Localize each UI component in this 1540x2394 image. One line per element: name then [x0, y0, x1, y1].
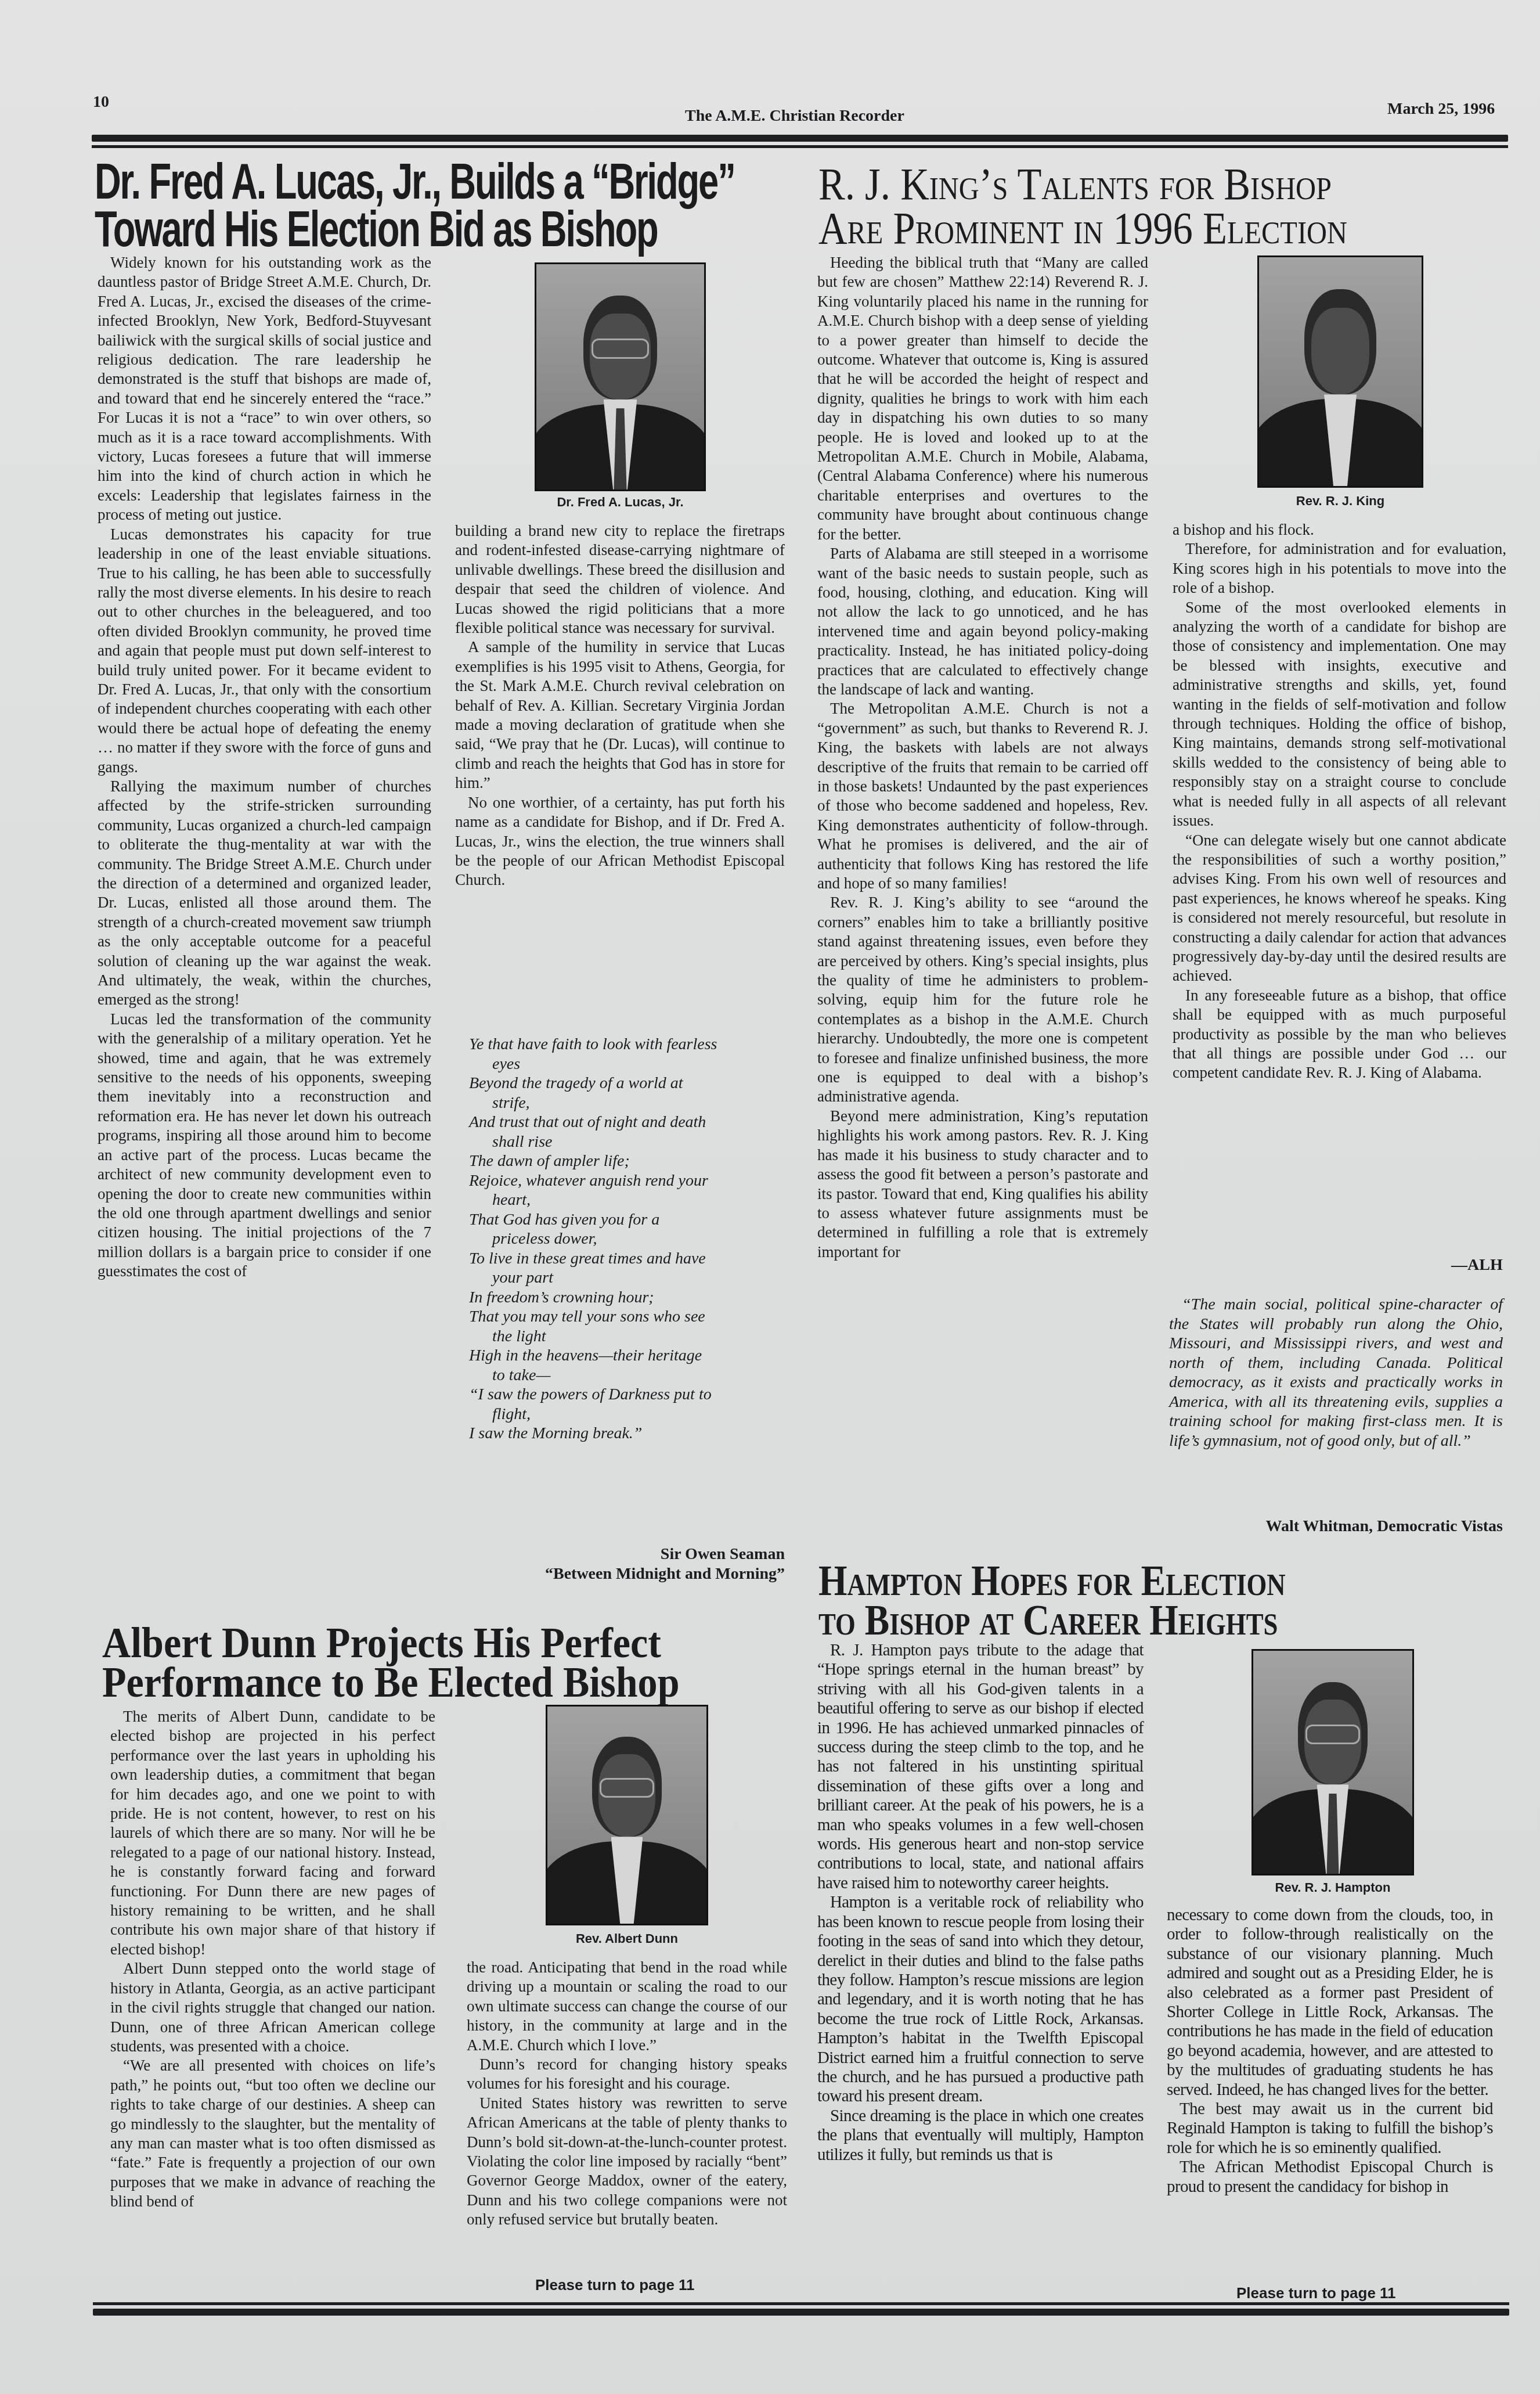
- paragraph: No one worthier, of a certainty, has put…: [455, 793, 785, 890]
- paragraph: In any foreseeable future as a bishop, t…: [1173, 986, 1506, 1083]
- paragraph: Beyond mere administration, King’s reput…: [817, 1107, 1148, 1262]
- poem-line: Rejoice, whatever anguish rend your: [469, 1171, 782, 1191]
- paragraph: Rallying the maximum number of churches …: [98, 777, 431, 1010]
- author-signoff: —ALH: [1451, 1256, 1503, 1275]
- paragraph: building a brand new city to replace the…: [455, 521, 785, 638]
- paragraph: “We are all presented with choices on li…: [110, 2056, 435, 2211]
- lucas-column-2: building a brand new city to replace the…: [455, 521, 785, 890]
- continued-link-dunn[interactable]: Please turn to page 11: [535, 2276, 695, 2294]
- paragraph: Therefore, for administration and for ev…: [1173, 539, 1506, 597]
- poem-line: High in the heavens—their heritage: [469, 1346, 782, 1366]
- dunn-column-1: The merits of Albert Dunn, candidate to …: [110, 1707, 435, 2212]
- photo-caption-lucas: Dr. Fred A. Lucas, Jr.: [535, 495, 706, 510]
- headline-dunn-line2: Performance to Be Elected Bishop: [102, 1661, 680, 1705]
- headline-lucas-line2: Toward His Election Bid as Bishop: [95, 204, 658, 253]
- poem-line: That God has given you for a: [469, 1210, 782, 1230]
- dunn-column-2: the road. Anticipating that bend in the …: [467, 1958, 787, 2230]
- poem-line-continuation: your part: [469, 1268, 782, 1288]
- rule-thick: [92, 135, 1508, 142]
- paragraph: United States history was rewritten to s…: [467, 2094, 787, 2230]
- poem-line-continuation: shall rise: [469, 1132, 782, 1152]
- photo-caption-hampton: Rev. R. J. Hampton: [1252, 1880, 1414, 1895]
- photo-rj-king: [1257, 255, 1423, 488]
- paragraph: R. J. Hampton pays tribute to the adage …: [817, 1641, 1144, 1893]
- poem-line-continuation: heart,: [469, 1190, 782, 1210]
- footer-rule: [93, 2302, 1509, 2316]
- paragraph: The African Methodist Episcopal Church i…: [1167, 2158, 1493, 2197]
- poem-line: Beyond the tragedy of a world at: [469, 1074, 782, 1093]
- paragraph: The Metropolitan A.M.E. Church is not a …: [817, 699, 1148, 893]
- publication-name: The A.M.E. Christian Recorder: [685, 107, 904, 125]
- paragraph: Dunn’s record for changing history speak…: [467, 2055, 787, 2094]
- photo-albert-dunn: [546, 1705, 708, 1925]
- rule-thick: [93, 2309, 1509, 2316]
- headline-hampton-line1: Hampton Hopes for Election: [818, 1560, 1286, 1603]
- paragraph: A sample of the humility in service that…: [455, 638, 785, 793]
- poem-block: Ye that have faith to look with fearless…: [469, 1035, 782, 1443]
- glasses-detail: [592, 339, 648, 359]
- paragraph: The best may await us in the current bid…: [1167, 2100, 1493, 2158]
- king-column-2: a bishop and his flock. Therefore, for a…: [1173, 520, 1506, 1083]
- hampton-column-1: R. J. Hampton pays tribute to the adage …: [817, 1641, 1144, 2165]
- paragraph: Some of the most overlooked elements in …: [1173, 598, 1506, 831]
- glasses-detail: [600, 1778, 654, 1798]
- poem-line: In freedom’s crowning hour;: [469, 1288, 782, 1308]
- quote-attribution: Walt Whitman, Democratic Vistas: [1169, 1517, 1503, 1536]
- poem-line-continuation: to take—: [469, 1366, 782, 1385]
- paragraph: the road. Anticipating that bend in the …: [467, 1958, 787, 2055]
- poem-author: Sir Owen Seaman: [455, 1545, 785, 1564]
- poem-line: Ye that have faith to look with fearless: [469, 1035, 782, 1054]
- issue-date: March 25, 1996: [1387, 100, 1495, 118]
- paragraph: necessary to come down from the clouds, …: [1167, 1906, 1493, 2100]
- poem-line-continuation: eyes: [469, 1054, 782, 1074]
- photo-caption-dunn: Rev. Albert Dunn: [546, 1931, 708, 1946]
- headline-king-line1: R. J. King’s Talents for Bishop: [818, 160, 1332, 208]
- poem-line: That you may tell your sons who see: [469, 1307, 782, 1327]
- headline-lucas-line1: Dr. Fred A. Lucas, Jr., Builds a “Bridge…: [95, 157, 735, 206]
- paragraph: Lucas demonstrates his capacity for true…: [98, 525, 431, 777]
- paragraph: “One can delegate wisely but one cannot …: [1173, 831, 1506, 986]
- poem-line-continuation: the light: [469, 1327, 782, 1347]
- photo-rj-hampton: [1252, 1649, 1414, 1875]
- continued-link-hampton[interactable]: Please turn to page 11: [1236, 2284, 1396, 2302]
- king-column-1: Heeding the biblical truth that “Many ar…: [817, 253, 1148, 1262]
- poem-line: “I saw the powers of Darkness put to: [469, 1385, 782, 1405]
- quote-text: “The main social, political spine-charac…: [1169, 1295, 1503, 1450]
- poem-line: And trust that out of night and death: [469, 1113, 782, 1132]
- photo-caption-king: Rev. R. J. King: [1257, 494, 1423, 509]
- lucas-column-1: Widely known for his outstanding work as…: [98, 253, 431, 1589]
- headline-hampton-line2: to Bishop at Career Heights: [818, 1599, 1278, 1642]
- glasses-detail: [1305, 1725, 1359, 1745]
- paragraph: a bishop and his flock.: [1173, 520, 1506, 539]
- paragraph: Rev. R. J. King’s ability to see “around…: [817, 893, 1148, 1106]
- paragraph: Albert Dunn stepped onto the world stage…: [110, 1959, 435, 2056]
- paragraph: The merits of Albert Dunn, candidate to …: [110, 1707, 435, 1959]
- paragraph: Lucas led the transformation of the comm…: [98, 1010, 431, 1281]
- hampton-column-2: necessary to come down from the clouds, …: [1167, 1906, 1493, 2197]
- paragraph: Parts of Alabama are still steeped in a …: [817, 544, 1148, 699]
- poem-line: To live in these great times and have: [469, 1249, 782, 1269]
- page-number: 10: [93, 93, 109, 111]
- whitman-quote: “The main social, political spine-charac…: [1169, 1295, 1503, 1450]
- poem-attribution: Sir Owen Seaman “Between Midnight and Mo…: [455, 1545, 785, 1584]
- poem-line: The dawn of ampler life;: [469, 1151, 782, 1171]
- paragraph: Widely known for his outstanding work as…: [98, 253, 431, 525]
- poem-line: I saw the Morning break.”: [469, 1424, 782, 1443]
- rule-thin: [93, 2302, 1509, 2305]
- poem-line-continuation: priceless dower,: [469, 1229, 782, 1249]
- paragraph: Heeding the biblical truth that “Many ar…: [817, 253, 1148, 544]
- paragraph: Hampton is a veritable rock of reliabili…: [817, 1893, 1144, 2106]
- headline-king-line2: Are Prominent in 1996 Election: [818, 204, 1347, 252]
- poem-line-continuation: flight,: [469, 1405, 782, 1424]
- poem-line-continuation: strife,: [469, 1093, 782, 1113]
- photo-fred-lucas: [535, 262, 706, 491]
- newspaper-page: 10 The A.M.E. Christian Recorder March 2…: [0, 0, 1540, 2394]
- masthead-rule: [92, 135, 1508, 148]
- poem-title: “Between Midnight and Morning”: [455, 1564, 785, 1584]
- paragraph: Since dreaming is the place in which one…: [817, 2107, 1144, 2165]
- rule-thin: [92, 145, 1508, 148]
